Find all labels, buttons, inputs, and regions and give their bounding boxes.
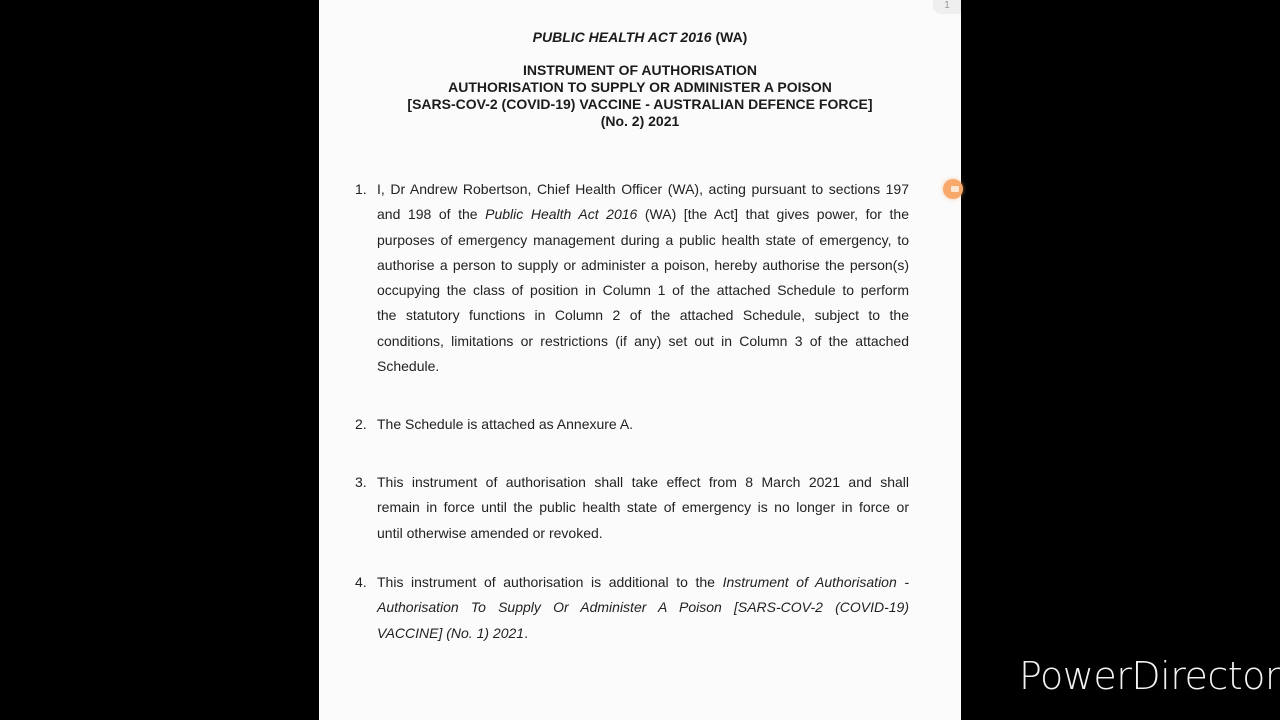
video-frame: 1 PUBLIC HEALTH ACT 2016 (WA) INSTRUMENT… [0, 0, 1280, 720]
act-title: PUBLIC HEALTH ACT 2016 (WA) [319, 29, 961, 46]
clause-body: The Schedule is attached as Annexure A. [377, 412, 909, 437]
clause-line: remain in force until the public health … [377, 495, 909, 520]
clause-1: 1. I, Dr Andrew Robertson, Chief Health … [355, 177, 909, 379]
clause-line: authorise a person to supply or administ… [377, 253, 909, 278]
clause-line: conditions, limitations or restrictions … [377, 329, 909, 354]
clause-body: This instrument of authorisation is addi… [377, 570, 909, 646]
clause-line: This instrument of authorisation is addi… [377, 570, 909, 595]
clause-number: 3. [355, 470, 377, 495]
clause-line: Authorisation To Supply Or Administer A … [377, 595, 909, 620]
clause-line: Schedule. [377, 354, 909, 379]
instrument-title-line: (No. 2) 2021 [319, 113, 961, 130]
page-number-badge: 1 [933, 0, 961, 14]
document-page: 1 PUBLIC HEALTH ACT 2016 (WA) INSTRUMENT… [319, 0, 961, 720]
clause-line: occupying the class of position in Colum… [377, 278, 909, 303]
screen-record-icon[interactable] [943, 179, 963, 199]
clause-number: 2. [355, 412, 377, 437]
powerdirector-watermark: PowerDirector [1019, 652, 1280, 700]
clause-body: I, Dr Andrew Robertson, Chief Health Off… [377, 177, 909, 379]
instrument-title-line: AUTHORISATION TO SUPPLY OR ADMINISTER A … [319, 79, 961, 96]
instrument-title: INSTRUMENT OF AUTHORISATION AUTHORISATIO… [319, 62, 961, 130]
act-title-suffix: (WA) [712, 29, 748, 45]
clause-4: 4. This instrument of authorisation is a… [355, 570, 909, 646]
clause-number: 1. [355, 177, 377, 202]
instrument-title-line: [SARS-COV-2 (COVID-19) VACCINE - AUSTRAL… [319, 96, 961, 113]
clause-line: the statutory functions in Column 2 of t… [377, 303, 909, 328]
clause-line: VACCINE] (No. 1) 2021. [377, 621, 909, 646]
clause-3: 3. This instrument of authorisation shal… [355, 470, 909, 546]
act-title-italic: PUBLIC HEALTH ACT 2016 [533, 29, 712, 45]
instrument-title-line: INSTRUMENT OF AUTHORISATION [319, 62, 961, 79]
clause-line: I, Dr Andrew Robertson, Chief Health Off… [377, 177, 909, 202]
clause-line: This instrument of authorisation shall t… [377, 470, 909, 495]
clause-line: The Schedule is attached as Annexure A. [377, 412, 909, 437]
clause-line: purposes of emergency management during … [377, 228, 909, 253]
clause-number: 4. [355, 570, 377, 595]
clause-line: until otherwise amended or revoked. [377, 521, 909, 546]
clause-body: This instrument of authorisation shall t… [377, 470, 909, 546]
clause-line: and 198 of the Public Health Act 2016 (W… [377, 202, 909, 227]
clause-2: 2. The Schedule is attached as Annexure … [355, 412, 909, 437]
